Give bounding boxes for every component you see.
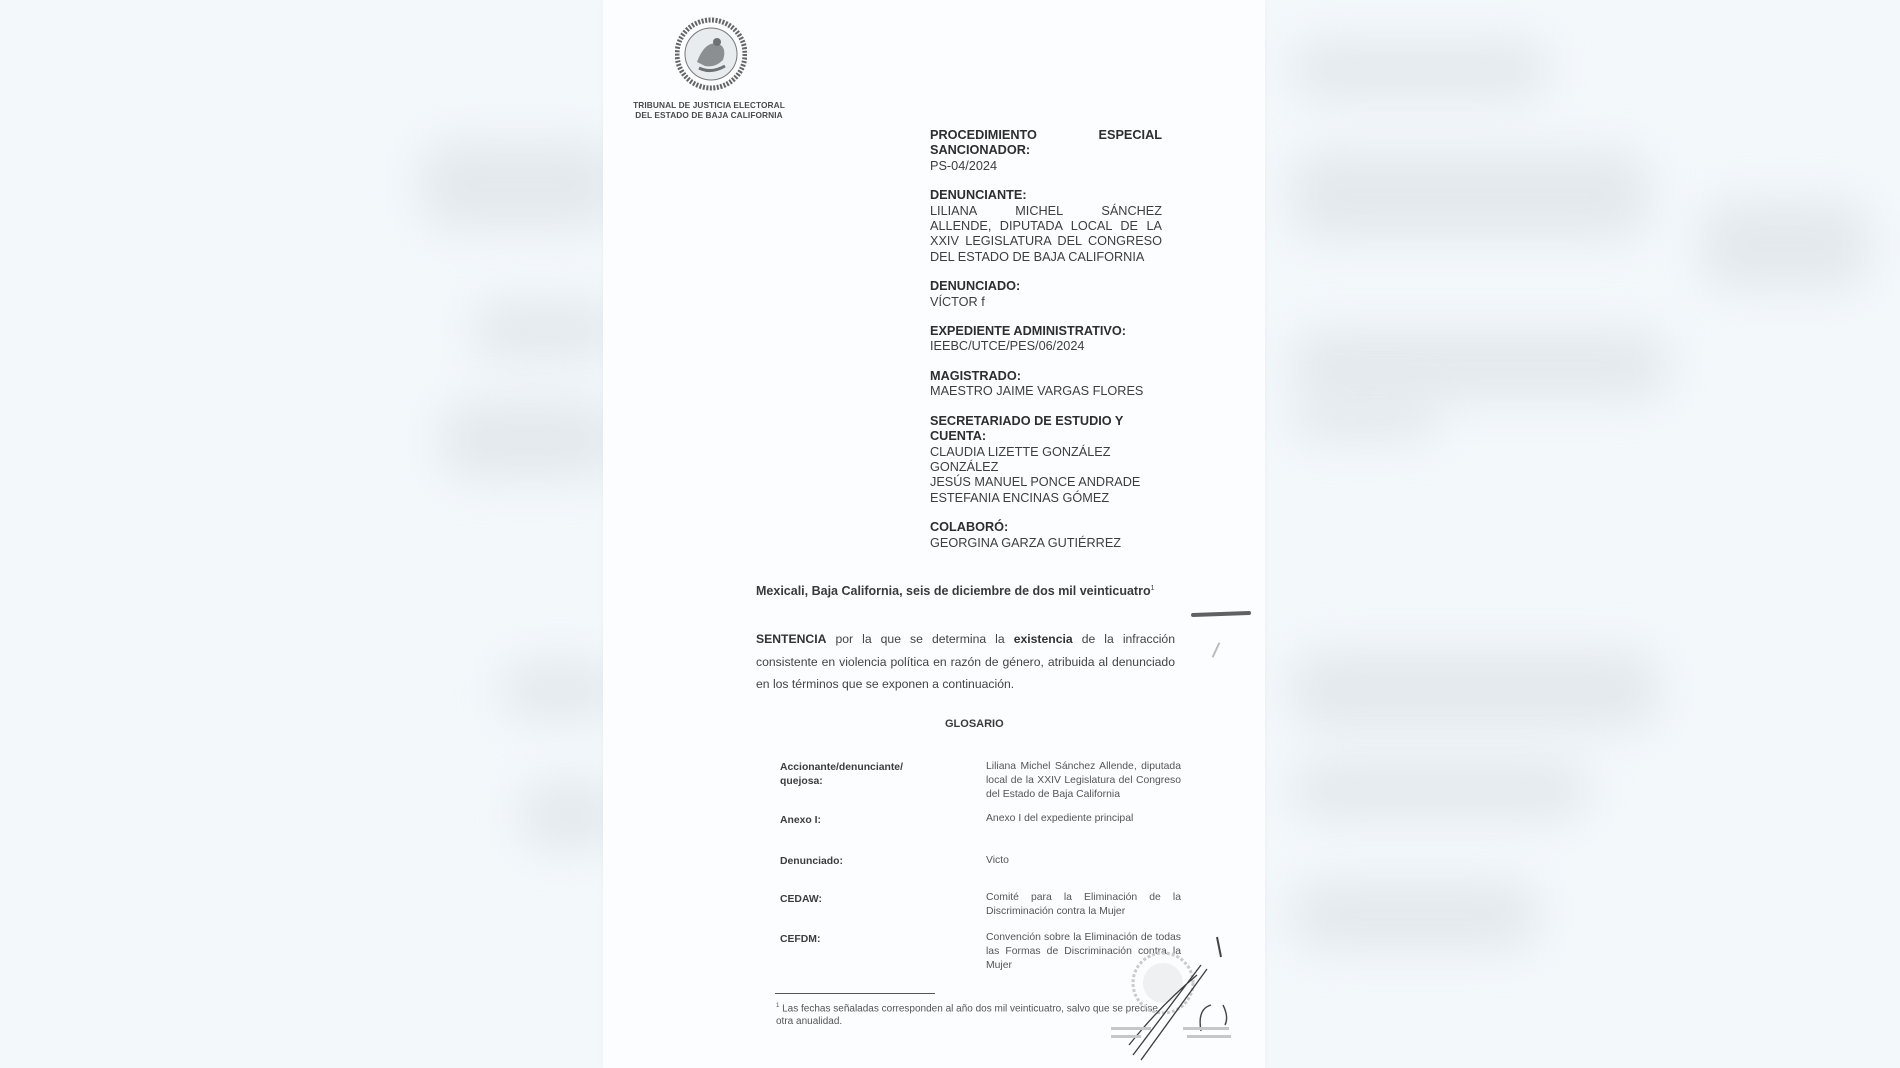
- secretariat-member: ESTEFANIA ENCINAS GÓMEZ: [930, 491, 1162, 506]
- magistrate-block: MAGISTRADO: MAESTRO JAIME VARGAS FLORES: [930, 369, 1162, 400]
- procedure-number: PS-04/2024: [930, 159, 1162, 174]
- glossary-term: CEFDM:: [780, 933, 940, 947]
- collaborator-block: COLABORÓ: GEORGINA GARZA GUTIÉRREZ: [930, 520, 1162, 551]
- glossary-term: Accionante/denunciante/ quejosa:: [780, 761, 940, 789]
- court-name: TRIBUNAL DE JUSTICIA ELECTORAL DEL ESTAD…: [625, 100, 793, 120]
- complainant-value: ALLENDE, DIPUTADA LOCAL DE LA XXIV LEGIS…: [930, 219, 1162, 265]
- coat-of-arms-seal-icon: [675, 16, 747, 92]
- secretariat-block: SECRETARIADO DE ESTUDIO Y CUENTA: CLAUDI…: [930, 414, 1162, 506]
- secretariat-member: JESÚS MANUEL PONCE ANDRADE: [930, 475, 1162, 490]
- glossary-definition: Comité para la Eliminación de la Discrim…: [986, 891, 1181, 919]
- glossary-definition: Victo: [986, 854, 1181, 868]
- admin-file-block: EXPEDIENTE ADMINISTRATIVO: IEEBC/UTCE/PE…: [930, 324, 1162, 355]
- sentence-paragraph: SENTENCIA por la que se determina la exi…: [756, 628, 1175, 696]
- glossary-term: Denunciado:: [780, 855, 940, 869]
- glossary-term: CEDAW:: [780, 893, 940, 907]
- respondent-block: DENUNCIADO: VÍCTOR f: [930, 279, 1162, 310]
- glossary-definition: Liliana Michel Sánchez Allende, diputada…: [986, 760, 1181, 803]
- footnote-divider: [775, 993, 935, 994]
- case-info-block: PROCEDIMIENTO ESPECIAL SANCIONADOR: PS-0…: [930, 128, 1162, 565]
- pen-mark: [1191, 611, 1251, 617]
- collaborator-value: GEORGINA GARZA GUTIÉRREZ: [930, 536, 1162, 551]
- footnote-ref: 1: [1151, 585, 1155, 592]
- document-page: TRIBUNAL DE JUSTICIA ELECTORAL DEL ESTAD…: [603, 0, 1265, 1068]
- secretariat-member: CLAUDIA LIZETTE GONZÁLEZ GONZÁLEZ: [930, 445, 1120, 476]
- procedure-label: PROCEDIMIENTO ESPECIAL: [930, 128, 1162, 143]
- procedure-block: PROCEDIMIENTO ESPECIAL SANCIONADOR: PS-0…: [930, 128, 1162, 174]
- glossary-term: Anexo I:: [780, 814, 940, 828]
- magistrate-value: MAESTRO JAIME VARGAS FLORES: [930, 384, 1162, 399]
- pen-mark: [1212, 642, 1221, 657]
- signature-stamp-icon: [1101, 935, 1251, 1068]
- date-line: Mexicali, Baja California, seis de dicie…: [756, 584, 1155, 598]
- respondent-value: VÍCTOR f: [930, 295, 1162, 310]
- complainant-block: DENUNCIANTE: LILIANA MICHEL SÁNCHEZ ALLE…: [930, 188, 1162, 265]
- glossary-definition: Anexo I del expediente principal: [986, 812, 1181, 826]
- admin-file-value: IEEBC/UTCE/PES/06/2024: [930, 339, 1162, 354]
- glossary-title: GLOSARIO: [945, 718, 1004, 730]
